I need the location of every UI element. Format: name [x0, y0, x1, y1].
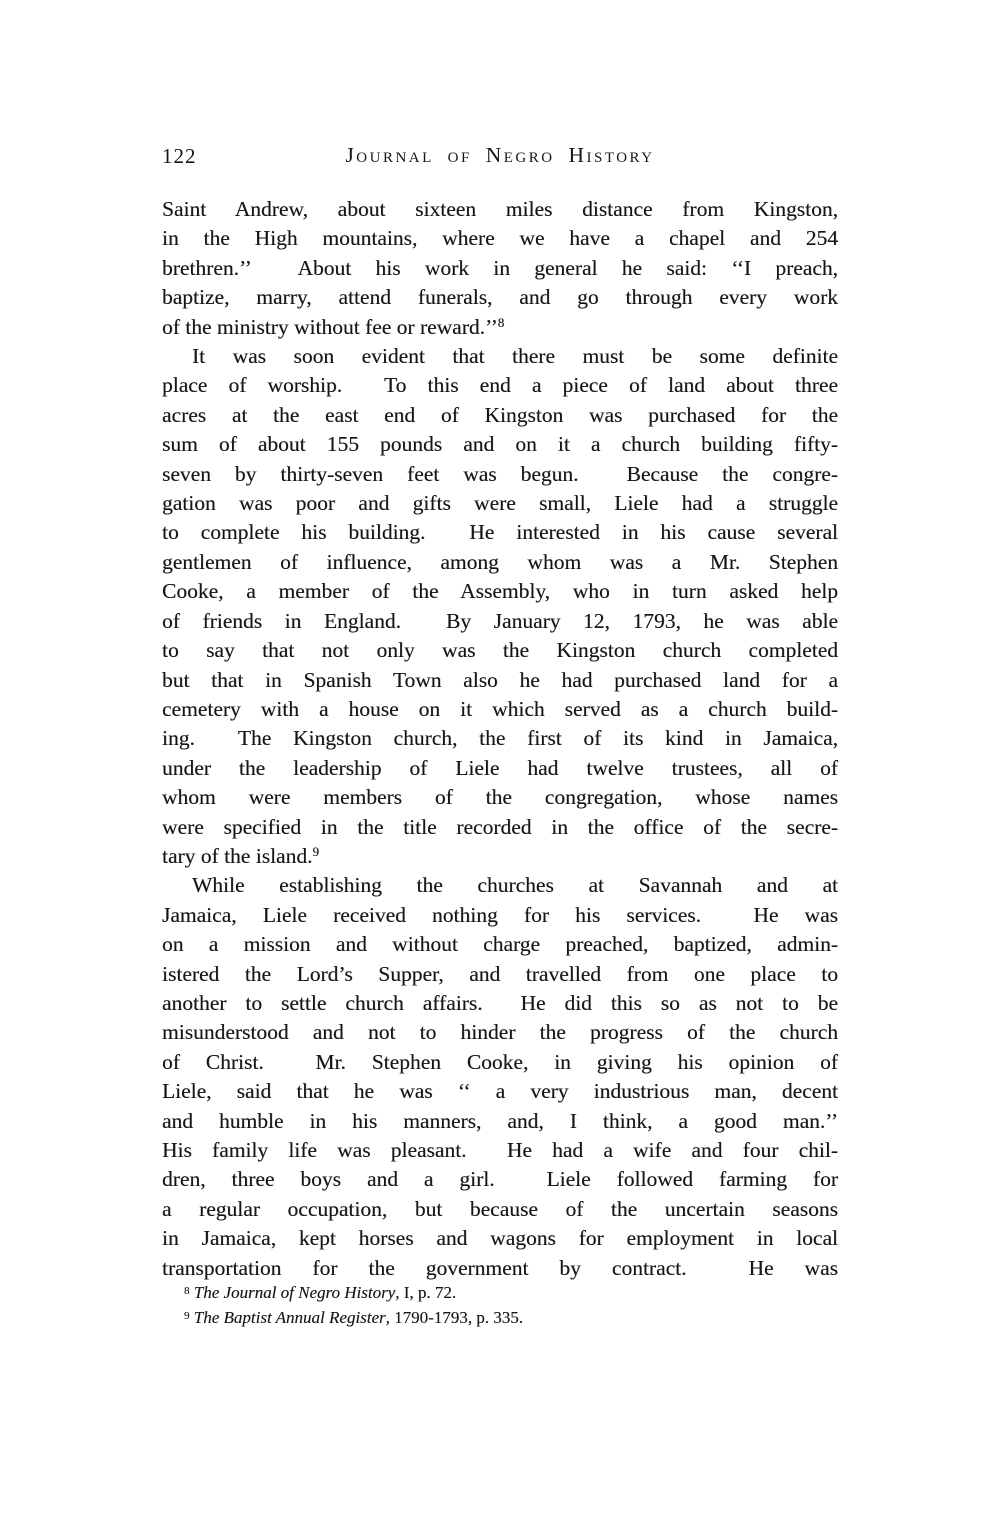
page-body: Saint Andrew, about sixteen miles distan… — [162, 195, 838, 1283]
text-line: ing. The Kingston church, the first of i… — [162, 724, 838, 753]
text-line: gentlemen of influence, among whom was a… — [162, 548, 838, 577]
text-line: whom were members of the congregation, w… — [162, 783, 838, 812]
footnote-reference: 8 — [498, 315, 505, 330]
text-line: transportation for the government by con… — [162, 1254, 838, 1283]
text-line: and humble in his manners, and, I think,… — [162, 1107, 838, 1136]
paragraph: Saint Andrew, about sixteen miles distan… — [162, 195, 838, 342]
text-line: to say that not only was the Kingston ch… — [162, 636, 838, 665]
paragraph: It was soon evident that there must be s… — [162, 342, 838, 871]
text-line: another to settle church affairs. He did… — [162, 989, 838, 1018]
text-line: Jamaica, Liele received nothing for his … — [162, 901, 838, 930]
text-line: under the leadership of Liele had twelve… — [162, 754, 838, 783]
text-line: were specified in the title recorded in … — [162, 813, 838, 842]
text-line: of friends in England. By January 12, 17… — [162, 607, 838, 636]
text-line: on a mission and without charge preached… — [162, 930, 838, 959]
text-line: to complete his building. He interested … — [162, 518, 838, 547]
text-line: Liele, said that he was ‘‘ a very indust… — [162, 1077, 838, 1106]
text-line: misunderstood and not to hinder the prog… — [162, 1018, 838, 1047]
footnote-citation: , 1790-1793, p. 335. — [386, 1308, 523, 1327]
text-line: in Jamaica, kept horses and wagons for e… — [162, 1224, 838, 1253]
text-line: of Christ. Mr. Stephen Cooke, in giving … — [162, 1048, 838, 1077]
paragraph: While establishing the churches at Savan… — [162, 871, 838, 1283]
text-line: in the High mountains, where we have a c… — [162, 224, 838, 253]
footnote: 8 The Journal of Negro History, I, p. 72… — [184, 1280, 824, 1305]
text-line: but that in Spanish Town also he had pur… — [162, 666, 838, 695]
footnote: 9 The Baptist Annual Register, 1790-1793… — [184, 1305, 824, 1330]
text-line: While establishing the churches at Savan… — [162, 871, 838, 900]
footnote-title: The Journal of Negro History — [190, 1283, 396, 1302]
text-line: a regular occupation, but because of the… — [162, 1195, 838, 1224]
running-head: 122 Journal of Negro History — [162, 143, 838, 171]
text-line: tary of the island.9 — [162, 842, 838, 871]
footnotes: 8 The Journal of Negro History, I, p. 72… — [184, 1280, 824, 1330]
text-line: cemetery with a house on it which served… — [162, 695, 838, 724]
text-line: sum of about 155 pounds and on it a chur… — [162, 430, 838, 459]
text-line: acres at the east end of Kingston was pu… — [162, 401, 838, 430]
scanned-page: 122 Journal of Negro History Saint Andre… — [0, 0, 1000, 1520]
text-line: Saint Andrew, about sixteen miles distan… — [162, 195, 838, 224]
footnote-reference: 9 — [312, 844, 319, 859]
text-line: It was soon evident that there must be s… — [162, 342, 838, 371]
text-line: istered the Lord’s Supper, and travelled… — [162, 960, 838, 989]
text-line: brethren.’’ About his work in general he… — [162, 254, 838, 283]
text-line: of the ministry without fee or reward.’’… — [162, 313, 838, 342]
footnote-citation: , I, p. 72. — [395, 1283, 456, 1302]
text-line: baptize, marry, attend funerals, and go … — [162, 283, 838, 312]
text-line: His family life was pleasant. He had a w… — [162, 1136, 838, 1165]
text-line: seven by thirty-seven feet was begun. Be… — [162, 460, 838, 489]
text-line: gation was poor and gifts were small, Li… — [162, 489, 838, 518]
text-line: place of worship. To this end a piece of… — [162, 371, 838, 400]
text-line: dren, three boys and a girl. Liele follo… — [162, 1165, 838, 1194]
footnote-title: The Baptist Annual Register — [190, 1308, 386, 1327]
journal-title: Journal of Negro History — [162, 143, 838, 168]
text-line: Cooke, a member of the Assembly, who in … — [162, 577, 838, 606]
